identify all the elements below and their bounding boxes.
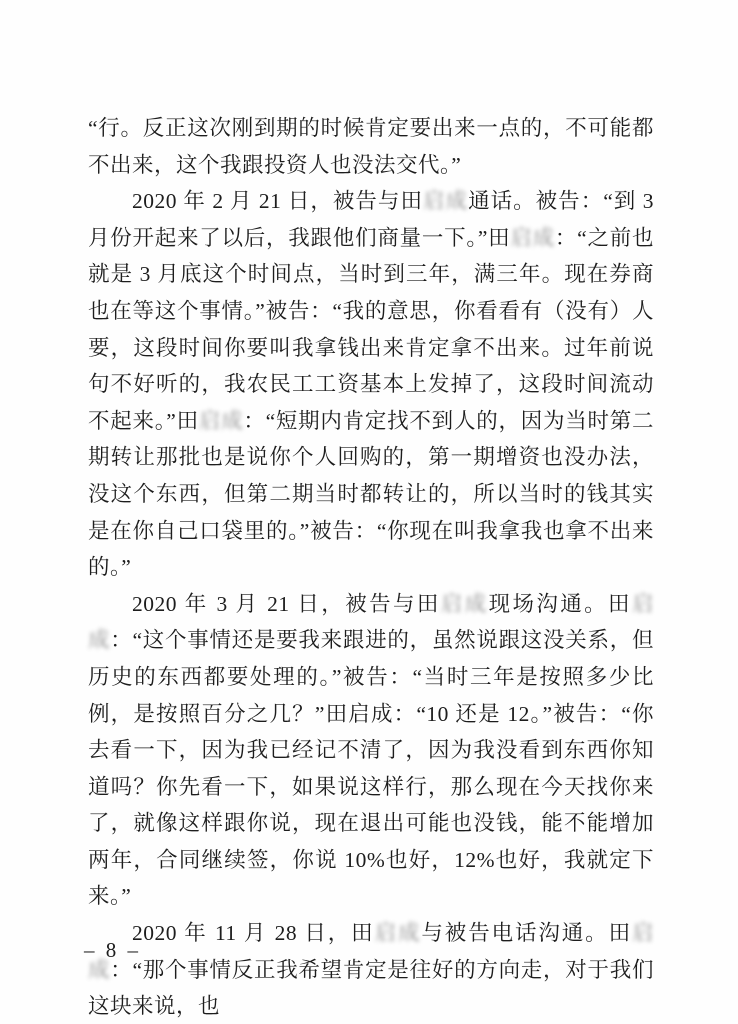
- text-segment: 与被告电话沟通。田: [421, 921, 632, 945]
- redacted-name: 启成: [375, 921, 422, 945]
- redacted-name: 启成: [423, 189, 468, 213]
- paragraph: 2020 年 3 月 21 日，被告与田启成现场沟通。田启成：“这个事情还是要我…: [88, 586, 654, 915]
- redacted-name: 启成: [199, 409, 244, 433]
- text-segment: ：“这个事情还是要我来跟进的，虽然说跟这没关系，但历史的东西都要处理的。”被告：…: [88, 628, 654, 908]
- redacted-name: 启成: [441, 592, 489, 616]
- page-number: – 8 –: [84, 938, 141, 963]
- document-page: “行。反正这次刚到期的时候肯定要出来一点的，不可能都不出来，这个我跟投资人也没法…: [0, 0, 738, 1024]
- text-segment: 现场沟通。田: [489, 592, 632, 616]
- redacted-name: 启成: [510, 226, 555, 250]
- text-segment: ：“之前也就是 3 月底这个时间点，当时到三年，满三年。现在券商也在等这个事情。…: [88, 226, 654, 433]
- text-segment: 2020 年 2 月 21 日，被告与田: [132, 189, 423, 213]
- text-segment: ：“短期内肯定找不到人的，因为当时第二期转让那批也是说你个人回购的，第一期增资也…: [88, 409, 654, 579]
- text-segment: 2020 年 11 月 28 日，田: [132, 921, 375, 945]
- paragraph: “行。反正这次刚到期的时候肯定要出来一点的，不可能都不出来，这个我跟投资人也没法…: [88, 110, 654, 183]
- text-segment: “行。反正这次刚到期的时候肯定要出来一点的，不可能都不出来，这个我跟投资人也没法…: [88, 116, 654, 177]
- text-segment: ：“那个事情反正我希望肯定是往好的方向走，对于我们这块来说，也: [88, 958, 654, 1019]
- text-segment: 2020 年 3 月 21 日，被告与田: [132, 592, 441, 616]
- paragraph: 2020 年 11 月 28 日，田启成与被告电话沟通。田启成：“那个事情反正我…: [88, 915, 654, 1024]
- paragraph: 2020 年 2 月 21 日，被告与田启成通话。被告：“到 3 月份开起来了以…: [88, 183, 654, 586]
- document-text: “行。反正这次刚到期的时候肯定要出来一点的，不可能都不出来，这个我跟投资人也没法…: [88, 110, 654, 1024]
